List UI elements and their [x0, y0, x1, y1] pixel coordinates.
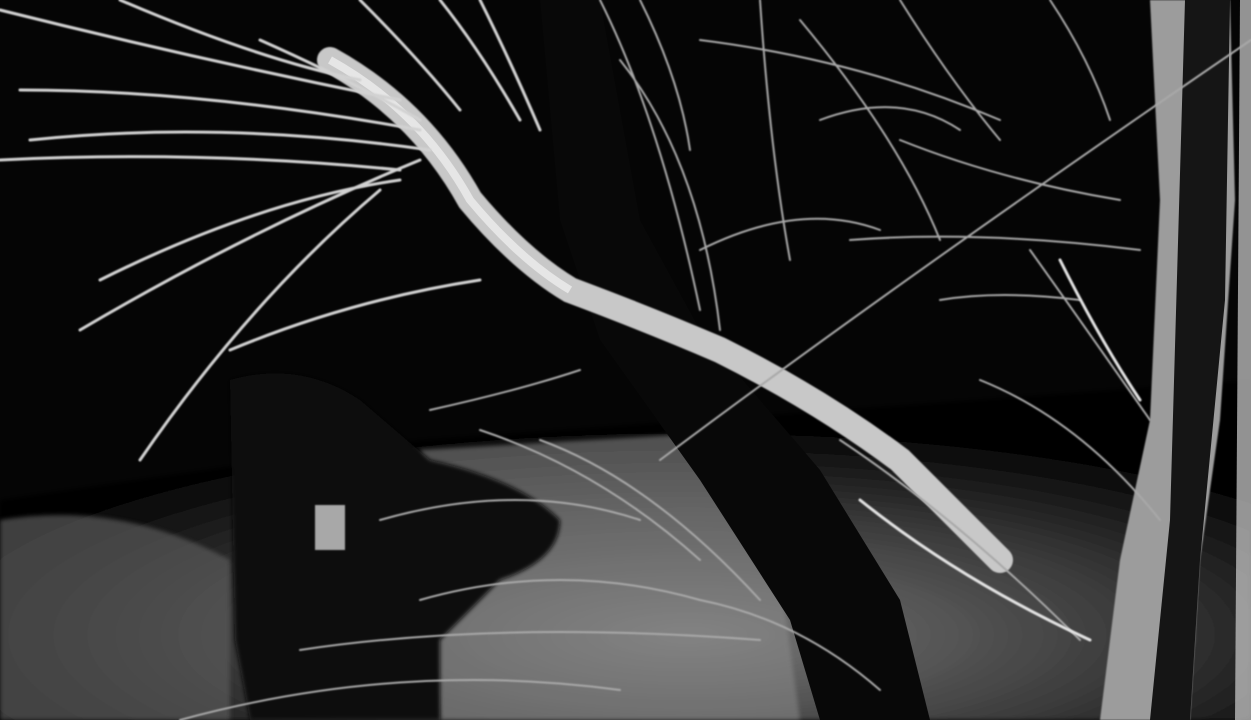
photo-illustration: [0, 0, 1251, 720]
night-branches-photo: [0, 0, 1251, 720]
